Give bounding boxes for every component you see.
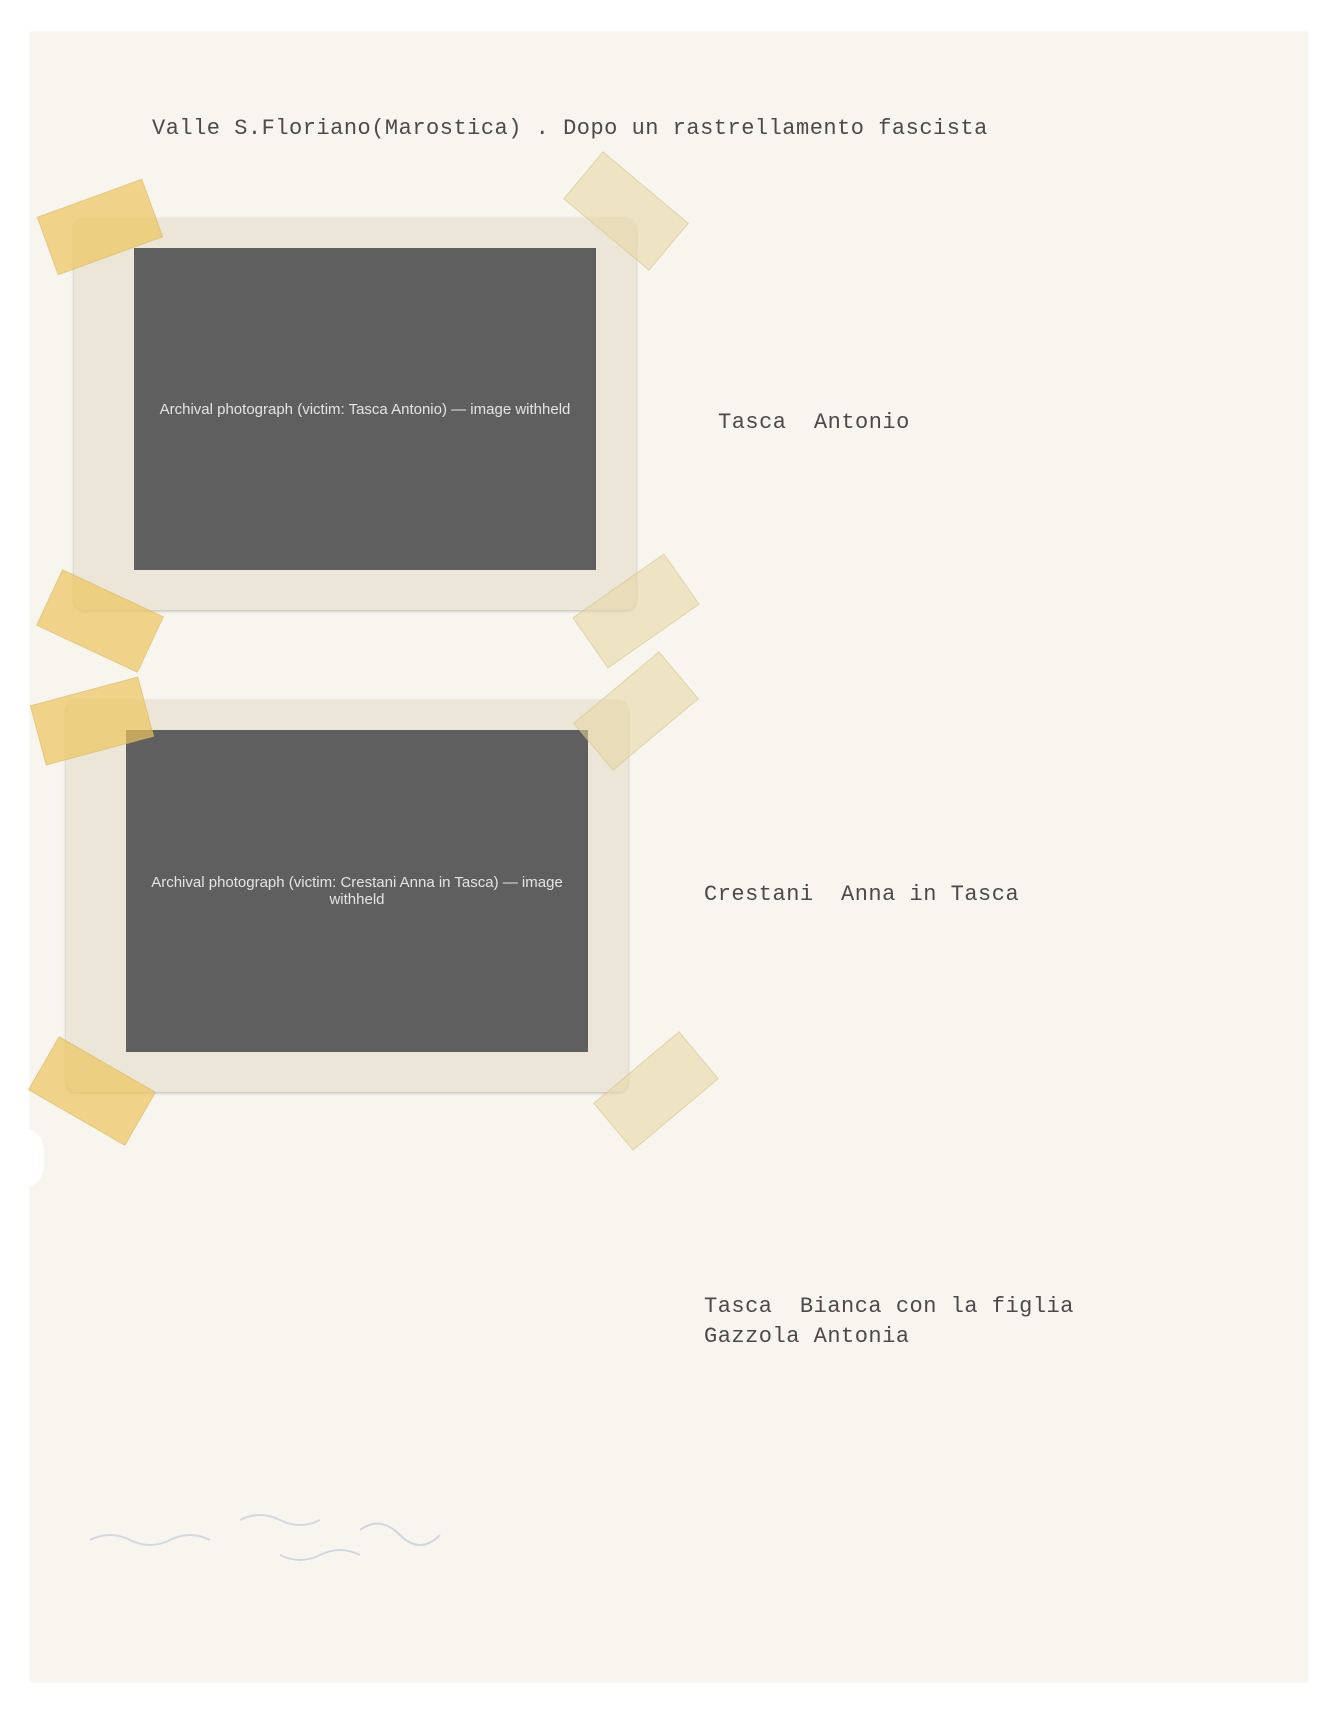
photo-placeholder: Archival photograph (victim: Tasca Anton… <box>134 248 596 570</box>
pencil-annotation <box>80 1500 500 1590</box>
page-title: Valle S.Floriano(Marostica) . Dopo un ra… <box>152 116 988 141</box>
caption-3: Tasca Bianca con la figlia Gazzola Anton… <box>704 1292 1074 1352</box>
photo-placeholder: Archival photograph (victim: Crestani An… <box>126 730 588 1052</box>
caption-2: Crestani Anna in Tasca <box>704 880 1019 910</box>
caption-1: Tasca Antonio <box>718 408 910 438</box>
archival-photo-1: Archival photograph (victim: Tasca Anton… <box>74 218 636 610</box>
archival-photo-2: Archival photograph (victim: Crestani An… <box>66 700 628 1092</box>
